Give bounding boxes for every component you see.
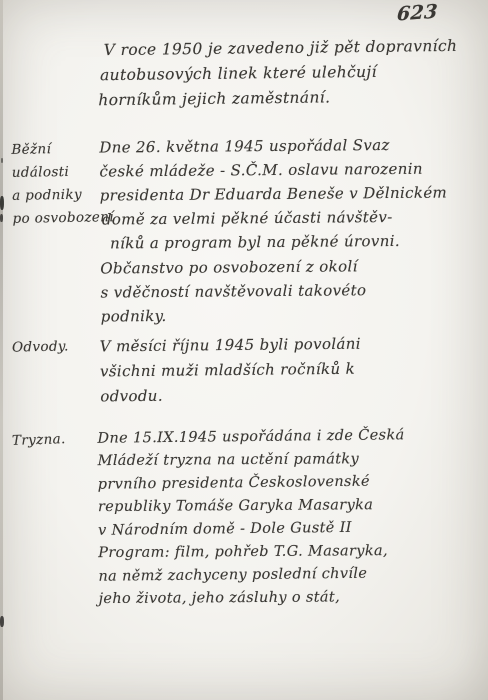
ink-blot-artifact <box>0 214 3 222</box>
ink-blot-artifact <box>0 196 4 210</box>
paragraph-celebration: Dne 26. května 1945 uspořádal Svaz české… <box>99 132 448 328</box>
handwritten-line: Mládeží tryzna na uctění památky <box>98 448 405 473</box>
document-page: 623 V roce 1950 je zavedeno již pět dopr… <box>0 0 488 700</box>
ink-blot-artifact <box>1 158 3 163</box>
handwritten-line: Občanstvo po osvobození z okolí <box>100 253 448 280</box>
handwritten-line: V roce 1950 je zavedeno již pět dopravní… <box>104 34 458 63</box>
handwritten-line: níků a program byl na pěkné úrovni. <box>110 228 448 255</box>
paragraph-memorial: Dne 15.IX.1945 uspořádána i zde Česká Ml… <box>97 425 405 611</box>
handwritten-line: horníkům jejich zaměstnání. <box>98 84 458 113</box>
handwritten-line: s vděčností navštěvovali takovéto <box>100 277 448 304</box>
ink-blot-artifact <box>0 616 4 627</box>
handwritten-line: domě za velmi pěkné účasti návštěv- <box>102 204 448 231</box>
handwritten-line: odvodu. <box>100 382 361 410</box>
paragraph-conscription: V měsíci říjnu 1945 byli povoláni všichn… <box>100 332 362 410</box>
scan-edge-artifact <box>0 0 3 700</box>
handwritten-line: Dne 26. května 1945 uspořádal Svaz <box>99 132 447 159</box>
margin-label: a podniky <box>12 183 114 208</box>
margin-label: události <box>12 160 114 185</box>
margin-note-conscription: Odvody. <box>12 335 69 358</box>
margin-label: Běžní <box>11 137 113 162</box>
page-number: 623 <box>396 0 438 25</box>
handwritten-line: Program: film, pohřeb T.G. Masaryka, <box>98 540 405 565</box>
handwritten-line: české mládeže - S.Č.M. oslavu narozenin <box>99 156 447 183</box>
handwritten-line: Dne 15.IX.1945 uspořádána i zde Česká <box>97 424 404 450</box>
handwritten-line: podniky. <box>101 301 449 328</box>
handwritten-line: presidenta Dr Eduarda Beneše v Dělnickém <box>100 180 448 207</box>
handwritten-line: republiky Tomáše Garyka Masaryka <box>98 494 405 519</box>
handwritten-line: prvního presidenta Československé <box>98 470 405 496</box>
margin-note-memorial: Tryzna. <box>12 428 66 452</box>
margin-label: Tryzna. <box>12 428 66 452</box>
paragraph-bus-lines: V roce 1950 je zavedeno již pět dopravní… <box>104 34 458 113</box>
handwritten-line: jeho života, jeho zásluhy o stát, <box>98 586 405 611</box>
handwritten-line: V měsíci říjnu 1945 byli povoláni <box>100 332 361 360</box>
margin-label: Odvody. <box>12 335 69 358</box>
handwritten-line: v Národním domě - Dole Gustě II <box>98 516 405 542</box>
handwritten-line: na němž zachyceny poslední chvíle <box>98 562 405 588</box>
handwritten-line: všichni muži mladších ročníků k <box>100 357 361 385</box>
